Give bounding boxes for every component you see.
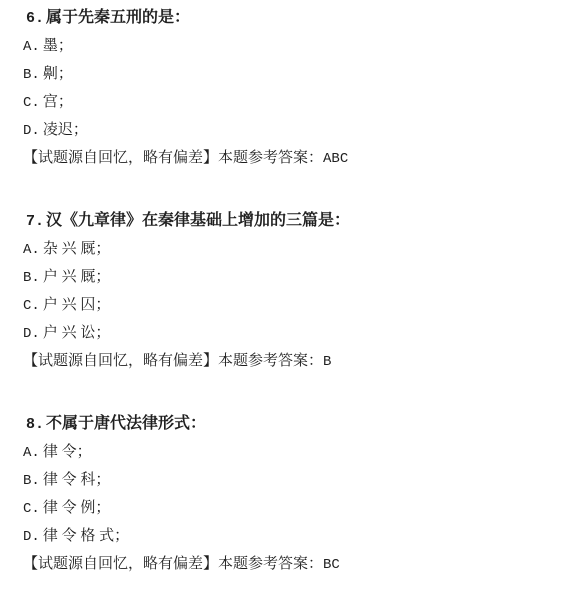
answer-value: BC — [323, 557, 340, 573]
option-label: D. — [23, 529, 40, 545]
question-title-text: 属于先秦五刑的是： — [46, 9, 190, 26]
option-text: 律 令 格 式； — [43, 528, 129, 544]
answer-line: 【试题源自回忆，略有偏差】本题参考答案：B — [23, 347, 546, 375]
option-b: B.劓； — [23, 60, 546, 88]
question-block-8: 8.不属于唐代法律形式： A.律 令； B.律 令 科； C.律 令 例； D.… — [23, 410, 546, 578]
source-note: 【试题源自回忆，略有偏差】 — [23, 353, 218, 369]
option-d: D.律 令 格 式； — [23, 522, 546, 550]
option-a: A.墨； — [23, 32, 546, 60]
answer-prefix: 本题参考答案： — [218, 353, 323, 369]
option-d: D.户 兴 讼； — [23, 319, 546, 347]
option-text: 律 令； — [43, 444, 92, 460]
question-number: 8. — [26, 416, 44, 433]
option-text: 户 兴 囚； — [43, 297, 111, 313]
question-title: 6.属于先秦五刑的是： — [26, 4, 546, 32]
option-label: A. — [23, 445, 40, 461]
option-label: C. — [23, 298, 40, 314]
question-number: 6. — [26, 10, 44, 27]
option-label: B. — [23, 67, 40, 83]
exam-document: 6.属于先秦五刑的是： A.墨； B.劓； C.宫； D.凌迟； 【试题源自回忆… — [0, 0, 564, 578]
option-text: 劓； — [43, 66, 73, 82]
question-block-6: 6.属于先秦五刑的是： A.墨； B.劓； C.宫； D.凌迟； 【试题源自回忆… — [23, 4, 546, 172]
answer-value: ABC — [323, 151, 348, 167]
option-text: 户 兴 厩； — [43, 269, 111, 285]
option-label: C. — [23, 95, 40, 111]
option-c: C.宫； — [23, 88, 546, 116]
option-text: 墨； — [43, 38, 73, 54]
question-title-text: 汉《九章律》在秦律基础上增加的三篇是： — [46, 212, 350, 229]
option-c: C.律 令 例； — [23, 494, 546, 522]
question-title: 7.汉《九章律》在秦律基础上增加的三篇是： — [26, 207, 546, 235]
option-label: A. — [23, 242, 40, 258]
option-text: 律 令 例； — [43, 500, 111, 516]
option-label: C. — [23, 501, 40, 517]
option-b: B.户 兴 厩； — [23, 263, 546, 291]
source-note: 【试题源自回忆，略有偏差】 — [23, 556, 218, 572]
answer-prefix: 本题参考答案： — [218, 150, 323, 166]
option-label: B. — [23, 473, 40, 489]
option-text: 凌迟； — [43, 122, 88, 138]
option-label: D. — [23, 123, 40, 139]
option-text: 户 兴 讼； — [43, 325, 111, 341]
question-number: 7. — [26, 213, 44, 230]
source-note: 【试题源自回忆，略有偏差】 — [23, 150, 218, 166]
question-block-7: 7.汉《九章律》在秦律基础上增加的三篇是： A.杂 兴 厩； B.户 兴 厩； … — [23, 207, 546, 375]
option-b: B.律 令 科； — [23, 466, 546, 494]
answer-line: 【试题源自回忆，略有偏差】本题参考答案：BC — [23, 550, 546, 578]
option-label: A. — [23, 39, 40, 55]
option-text: 律 令 科； — [43, 472, 111, 488]
question-title-text: 不属于唐代法律形式： — [46, 415, 206, 432]
answer-line: 【试题源自回忆，略有偏差】本题参考答案：ABC — [23, 144, 546, 172]
option-text: 杂 兴 厩； — [43, 241, 111, 257]
answer-prefix: 本题参考答案： — [218, 556, 323, 572]
option-a: A.律 令； — [23, 438, 546, 466]
option-label: D. — [23, 326, 40, 342]
option-c: C.户 兴 囚； — [23, 291, 546, 319]
option-label: B. — [23, 270, 40, 286]
option-a: A.杂 兴 厩； — [23, 235, 546, 263]
option-d: D.凌迟； — [23, 116, 546, 144]
option-text: 宫； — [43, 94, 73, 110]
answer-value: B — [323, 354, 331, 370]
question-title: 8.不属于唐代法律形式： — [26, 410, 546, 438]
